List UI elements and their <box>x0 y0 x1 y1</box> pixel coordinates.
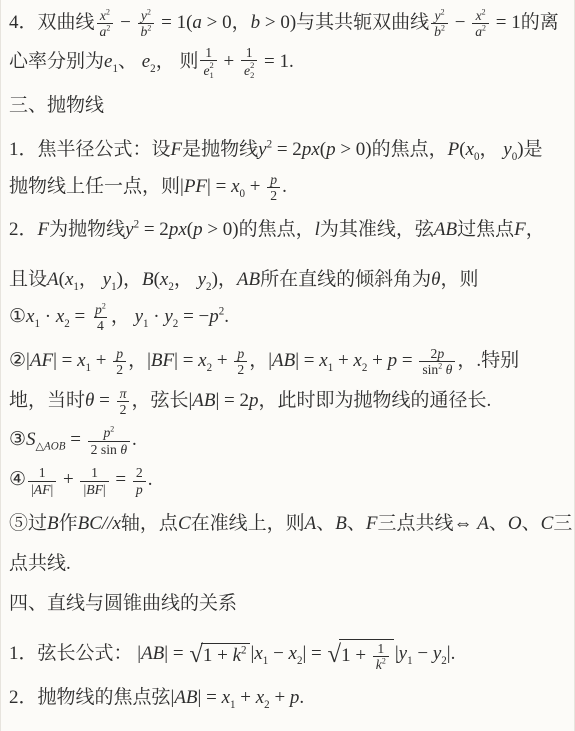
text-run: + <box>333 350 353 371</box>
text-run: ， <box>111 306 135 327</box>
math-variable: P <box>448 139 460 160</box>
superscript: 2 <box>382 656 386 665</box>
numerator: p <box>267 172 280 187</box>
superscript: 2 <box>441 23 445 32</box>
text-run: ②| <box>9 350 30 371</box>
line-content: 地，当时θ = π2，弦长|AB| = 2p，此时即为抛物线的通径长. <box>9 385 491 417</box>
text-run: − <box>115 12 135 33</box>
numerator: p <box>234 346 247 361</box>
text-run: 心率分别为 <box>9 51 104 72</box>
fraction: x2a2 <box>97 8 114 39</box>
math-variable: BF <box>151 350 174 371</box>
text-run: )是 <box>517 139 542 160</box>
text-run: ⑤过 <box>9 513 47 534</box>
line-content: 抛物线上任一点，则|PF| = x0 + p2. <box>9 171 287 203</box>
denominator: p <box>133 481 146 497</box>
text-run: 2 <box>270 188 277 203</box>
denominator: 2 <box>113 361 126 377</box>
sub-sup-stack: e21 <box>203 61 213 81</box>
text-run: )， <box>117 269 142 290</box>
text-run: 2 <box>102 301 106 310</box>
line-content: 4．双曲线x2a2 − y2b2 = 1(a > 0，b > 0)与其共轭双曲线… <box>9 7 559 39</box>
text-run: ， <box>480 139 504 160</box>
fraction: 1e21 <box>200 45 216 81</box>
text-run: ，则 <box>440 269 478 290</box>
text-run: 2 sin <box>91 442 121 457</box>
text-run: 1 + <box>203 645 233 666</box>
superscript: 2 <box>106 7 110 16</box>
numerator: p <box>113 346 126 361</box>
text-run: 且设 <box>9 269 47 290</box>
math-variable: p <box>290 687 300 708</box>
fraction: p2 <box>234 346 247 377</box>
document-body: 4．双曲线x2a2 − y2b2 = 1(a > 0，b > 0)与其共轭双曲线… <box>1 0 574 715</box>
denominator: e22 <box>241 60 257 81</box>
text-run: 2 <box>482 7 486 16</box>
text-run: 2 <box>241 645 247 657</box>
denominator: sin2 θ <box>419 361 455 377</box>
line-content: 且设A(x1， y1)，B(x2， y2)，AB所在直线的倾斜角为θ，则 <box>9 264 478 291</box>
math-variable: θ <box>120 442 127 457</box>
math-variable: p <box>136 482 143 497</box>
text-run: 、 <box>522 513 541 534</box>
text-run: ，| <box>128 350 151 371</box>
text-run: 2．抛物线的焦点弦| <box>9 687 174 708</box>
math-variable: px <box>302 139 320 160</box>
text-run: ，弦长| <box>131 390 192 411</box>
text-run: = 1. <box>259 51 293 72</box>
math-variable: x <box>231 176 239 197</box>
math-variable: p <box>209 306 219 327</box>
denominator: b2 <box>431 23 448 39</box>
text-run: · <box>149 306 165 327</box>
numerator: 1 <box>36 465 49 480</box>
math-variable: O <box>508 513 522 534</box>
text-run: > 0)的焦点， <box>203 219 315 240</box>
text-run: 为其准线，弦 <box>320 219 434 240</box>
math-variable: C <box>541 513 554 534</box>
text-run: 2 <box>210 60 214 70</box>
math-variable: PF <box>184 176 207 197</box>
text-line: 点共线. <box>9 541 572 581</box>
text-run: = <box>111 469 131 490</box>
fraction: y2b2 <box>431 8 448 39</box>
math-variable: A <box>477 513 489 534</box>
math-variable: // <box>102 513 113 534</box>
math-variable: x <box>289 643 297 664</box>
math-variable: b <box>251 12 261 33</box>
text-run: 点共线. <box>9 553 71 574</box>
text-run: 2 <box>382 656 386 665</box>
text-run: 2． <box>9 219 38 240</box>
math-variable: F <box>38 219 50 240</box>
sub-sup-stack: e22 <box>244 61 254 81</box>
numerator: x2 <box>473 8 489 23</box>
math-variable: p <box>95 302 102 317</box>
text-run: = <box>65 429 85 450</box>
fraction: p22 sin θ <box>88 425 130 456</box>
line-content: 三、抛物线 <box>9 90 104 117</box>
numerator: y2 <box>432 8 448 23</box>
text-run: 所在直线的倾斜角为 <box>260 269 431 290</box>
text-run: △ <box>36 441 44 453</box>
text-line: 2．抛物线的焦点弦|AB| = x1 + x2 + p. <box>9 675 572 715</box>
numerator: π <box>117 386 130 401</box>
denominator: 2 <box>267 187 280 203</box>
math-variable: AB <box>174 687 197 708</box>
math-variable: π <box>120 386 127 401</box>
text-run: · <box>40 306 56 327</box>
text-run: + <box>219 51 239 72</box>
stack-scripts: 21 <box>210 61 214 81</box>
text-line: 4．双曲线x2a2 − y2b2 = 1(a > 0，b > 0)与其共轭双曲线… <box>9 3 572 43</box>
subscript: △AOB <box>36 441 66 453</box>
math-variable: θ <box>85 390 94 411</box>
numerator: 1 <box>243 45 256 60</box>
text-run: | = 2 <box>215 390 249 411</box>
fraction: p2 <box>113 346 126 377</box>
text-run: + <box>58 469 78 490</box>
text-run: 2 <box>106 23 110 32</box>
text-run: 、 <box>347 513 366 534</box>
text-run: 1 + <box>341 644 371 665</box>
math-variable: y <box>164 306 172 327</box>
math-variable: x <box>466 139 474 160</box>
math-variable: AB <box>141 643 164 664</box>
text-run: 2 <box>250 70 254 80</box>
text-run: 2 <box>110 425 114 434</box>
math-variable: x <box>319 350 327 371</box>
numerator: 2 <box>133 465 146 480</box>
math-variable: F <box>171 139 183 160</box>
page-background: { "page": { "background_color": "#fcfbf8… <box>0 0 575 731</box>
math-variable: e <box>142 51 150 72</box>
text-run: 轴，点 <box>121 513 178 534</box>
stack-sub: 1 <box>210 71 214 81</box>
math-variable: p <box>249 390 259 411</box>
numerator: 1 <box>374 641 387 656</box>
numerator: y2 <box>138 8 154 23</box>
text-line: ①x1 · x2 = p24， y1 · y2 = −p2. <box>9 297 572 337</box>
superscript: 2 <box>106 23 110 32</box>
text-run: − <box>268 643 288 664</box>
numerator: 1 <box>202 45 215 60</box>
superscript: 2 <box>102 301 106 310</box>
text-run: 2 <box>482 23 486 32</box>
math-variable: S <box>26 429 36 450</box>
text-run: |. <box>447 643 456 664</box>
math-variable: px <box>169 219 187 240</box>
math-variable: AB <box>192 390 215 411</box>
text-run: > 0， <box>202 12 251 33</box>
square-root: √1 + k2 <box>189 643 249 668</box>
denominator: |AF| <box>28 481 56 497</box>
math-variable: x <box>353 350 361 371</box>
text-run: 、 <box>118 51 142 72</box>
text-run: = <box>397 350 417 371</box>
text-line: ④1|AF| + 1|BF| = 2p. <box>9 461 572 501</box>
text-run: . <box>148 469 153 490</box>
text-run: | = <box>207 176 231 197</box>
line-content: 2．抛物线的焦点弦|AB| = x1 + x2 + p. <box>9 682 304 709</box>
text-line: 心率分别为e1、 e2， 则1e21 + 1e22 = 1. <box>9 43 572 83</box>
text-line: 1．焦半径公式：设F是抛物线y2 = 2px(p > 0)的焦点，P(x0， y… <box>9 127 572 167</box>
fraction: 1|BF| <box>80 465 108 496</box>
text-run: 1 <box>205 45 212 60</box>
denominator: e21 <box>200 60 216 81</box>
radicand: 1 + 1k2 <box>339 639 394 672</box>
text-run: + <box>212 350 232 371</box>
line-content: ④1|AF| + 1|BF| = 2p. <box>9 465 152 496</box>
line-content: 四、直线与圆锥曲线的关系 <box>9 588 237 615</box>
text-run: + <box>270 687 290 708</box>
square-root: √1 + 1k2 <box>328 639 394 672</box>
stack-scripts: 22 <box>250 61 254 81</box>
math-variable: BF <box>86 482 103 497</box>
math-variable: F <box>366 513 378 534</box>
text-run: 4 <box>97 318 104 333</box>
text-run: ，.特别 <box>457 350 519 371</box>
fraction: 1k2 <box>373 641 389 672</box>
radicand: 1 + k2 <box>201 643 250 667</box>
math-variable: b <box>434 24 441 39</box>
superscript: 2 <box>110 425 114 434</box>
text-run: | <box>51 482 54 497</box>
math-variable: F <box>514 219 526 240</box>
math-variable: a <box>192 12 202 33</box>
math-variable: θ <box>446 362 453 377</box>
text-line: 抛物线上任一点，则|PF| = x0 + p2. <box>9 167 572 207</box>
text-run: + <box>367 350 387 371</box>
text-run: = <box>70 306 90 327</box>
math-variable: C <box>178 513 191 534</box>
text-run: = 1的离 <box>491 12 559 33</box>
text-run: 2 <box>441 7 445 16</box>
superscript: 2 <box>241 645 247 657</box>
denominator: |BF| <box>80 481 108 497</box>
math-variable: y <box>103 269 111 290</box>
math-variable: p <box>116 346 123 361</box>
text-run: 过焦点 <box>457 219 514 240</box>
text-line: ②|AF| = x1 + p2，|BF| = x2 + p2，|AB| = x1… <box>9 341 572 381</box>
text-run: 2 <box>441 23 445 32</box>
text-run: 是抛物线 <box>182 139 258 160</box>
math-variable: p <box>388 350 398 371</box>
text-run: 1 <box>39 465 46 480</box>
math-variable: p <box>270 172 277 187</box>
text-run: + <box>91 350 111 371</box>
line-content: 1．弦长公式： |AB| = √1 + k2|x1 − x2| = √1 + 1… <box>9 638 455 671</box>
superscript: 2 <box>441 7 445 16</box>
math-variable: B <box>142 269 154 290</box>
text-line: 地，当时θ = π2，弦长|AB| = 2p，此时即为抛物线的通径长. <box>9 381 572 421</box>
text-run: + <box>236 687 256 708</box>
text-run: 4．双曲线 <box>9 12 95 33</box>
text-run: − <box>450 12 470 33</box>
line-content: ③S△AOB = p22 sin θ. <box>9 425 137 456</box>
text-run: 地，当时 <box>9 390 85 411</box>
text-run: | = <box>198 687 222 708</box>
superscript: 2 <box>147 7 151 16</box>
text-run: 2 <box>250 60 254 70</box>
math-variable: x <box>198 350 206 371</box>
text-run: ， 则 <box>156 51 199 72</box>
text-run: ， <box>79 269 103 290</box>
numerator: x2 <box>97 8 113 23</box>
math-variable: p <box>326 139 336 160</box>
text-line: 四、直线与圆锥曲线的关系 <box>9 581 572 621</box>
text-run: 1 <box>377 641 384 656</box>
math-variable: AF <box>30 350 53 371</box>
line-content: ①x1 · x2 = p24， y1 · y2 = −p2. <box>9 301 229 333</box>
text-run: 2 <box>237 362 244 377</box>
text-run: 三 <box>553 513 572 534</box>
math-variable: AOB <box>44 441 65 453</box>
line-content: ②|AF| = x1 + p2，|BF| = x2 + p2，|AB| = x1… <box>9 345 519 377</box>
fraction: 2psin2 θ <box>419 346 455 377</box>
math-variable: A <box>305 513 317 534</box>
text-run: | = <box>302 643 326 664</box>
math-variable: x <box>222 687 230 708</box>
math-variable: x <box>254 643 262 664</box>
fraction: π2 <box>117 386 130 417</box>
text-run: = 2 <box>139 219 169 240</box>
numerator: p2 <box>92 302 109 317</box>
math-variable: AB <box>237 269 260 290</box>
text-run: 在准线上，则 <box>191 513 305 534</box>
fraction: 2p <box>133 465 146 496</box>
text-run: 2 <box>147 7 151 16</box>
fraction: x2a2 <box>472 8 489 39</box>
text-run: 2 <box>116 362 123 377</box>
numerator: p2 <box>100 425 117 440</box>
text-run: ， <box>526 219 545 240</box>
text-run: 2 <box>147 23 151 32</box>
denominator: 2 <box>117 401 130 417</box>
math-variable: y <box>198 269 206 290</box>
text-run: 、 <box>489 513 508 534</box>
denominator: 4 <box>94 317 107 333</box>
denominator: a2 <box>97 23 114 39</box>
text-run: 2 <box>120 402 127 417</box>
math-variable: y <box>433 643 441 664</box>
math-variable: p <box>437 346 444 361</box>
denominator: 2 <box>234 361 247 377</box>
math-variable: x <box>256 687 264 708</box>
math-variable: BC <box>78 513 102 534</box>
text-run: 、 <box>316 513 335 534</box>
text-run: = <box>94 390 114 411</box>
math-variable: x <box>112 513 120 534</box>
superscript: 2 <box>482 23 486 32</box>
math-variable: p <box>237 346 244 361</box>
fraction: p24 <box>92 302 109 333</box>
text-run: ， <box>174 269 198 290</box>
line-content: 心率分别为e1、 e2， 则1e21 + 1e22 = 1. <box>9 45 294 81</box>
text-run: 三点共线⇔ <box>378 513 478 534</box>
math-variable: k <box>233 645 241 666</box>
text-run: . <box>282 176 287 197</box>
denominator: 2 sin θ <box>88 441 130 457</box>
math-variable: AB <box>272 350 295 371</box>
text-run: 2 <box>136 465 143 480</box>
text-run: | <box>103 482 106 497</box>
denominator: k2 <box>373 656 389 672</box>
line-content: ⑤过B作BC//x轴，点C在准线上，则A、B、F三点共线⇔ A、O、C三 <box>9 508 572 535</box>
text-run: > 0)与其共轭双曲线 <box>260 12 429 33</box>
fraction: y2b2 <box>138 8 155 39</box>
math-variable: y <box>399 643 407 664</box>
math-variable: B <box>335 513 347 534</box>
math-variable: x <box>56 306 64 327</box>
text-run: = 1( <box>156 12 192 33</box>
text-run: 作 <box>59 513 78 534</box>
math-variable: A <box>47 269 59 290</box>
math-variable: p <box>193 219 203 240</box>
stack-sub: 2 <box>250 71 254 81</box>
text-run: sin <box>422 362 438 377</box>
text-run: 三、抛物线 <box>9 95 104 116</box>
math-variable: y <box>258 139 266 160</box>
text-run: ，| <box>249 350 272 371</box>
text-run: | = <box>164 643 188 664</box>
denominator: b2 <box>138 23 155 39</box>
math-variable: AF <box>34 482 51 497</box>
text-run: = 2 <box>272 139 302 160</box>
text-line: ⑤过B作BC//x轴，点C在准线上，则A、B、F三点共线⇔ A、O、C三 <box>9 501 572 541</box>
text-run: = − <box>178 306 209 327</box>
text-run: | = <box>174 350 198 371</box>
text-run: − <box>413 643 433 664</box>
math-variable: y <box>503 139 511 160</box>
line-content: 点共线. <box>9 548 71 575</box>
text-run: ③ <box>9 429 26 450</box>
text-run: 抛物线上任一点，则| <box>9 176 184 197</box>
text-run: 1 <box>91 465 98 480</box>
line-content: 1．焦半径公式：设F是抛物线y2 = 2px(p > 0)的焦点，P(x0， y… <box>9 134 543 161</box>
text-run: ，此时即为抛物线的通径长. <box>259 390 492 411</box>
math-variable: x <box>77 350 85 371</box>
line-content: 2．F为抛物线y2 = 2px(p > 0)的焦点，l为其准线，弦AB过焦点F， <box>9 214 545 241</box>
text-line: 三、抛物线 <box>9 83 572 123</box>
text-run: . <box>299 687 304 708</box>
math-variable: y <box>125 219 133 240</box>
superscript: 2 <box>482 7 486 16</box>
text-line: 且设A(x1， y1)，B(x2， y2)，AB所在直线的倾斜角为θ，则 <box>9 257 572 297</box>
text-run: + <box>245 176 265 197</box>
fraction: 1|AF| <box>28 465 56 496</box>
math-variable: AB <box>434 219 457 240</box>
text-run: ① <box>9 306 26 327</box>
superscript: 2 <box>147 23 151 32</box>
denominator: a2 <box>472 23 489 39</box>
text-run: 1 <box>210 70 214 80</box>
math-variable: y <box>135 306 143 327</box>
fraction: 1e22 <box>241 45 257 81</box>
fraction: p2 <box>267 172 280 203</box>
numerator: 2p <box>428 346 448 361</box>
math-variable: B <box>47 513 59 534</box>
text-run: 1．弦长公式： | <box>9 643 141 664</box>
text-line: 2．F为抛物线y2 = 2px(p > 0)的焦点，l为其准线，弦AB过焦点F， <box>9 207 572 247</box>
text-run: ④ <box>9 469 26 490</box>
text-run: | = <box>295 350 319 371</box>
text-run: | = <box>53 350 77 371</box>
text-run: 四、直线与圆锥曲线的关系 <box>9 593 237 614</box>
numerator: 1 <box>88 465 101 480</box>
text-line: 1．弦长公式： |AB| = √1 + k2|x1 − x2| = √1 + 1… <box>9 635 572 675</box>
text-run: > 0)的焦点， <box>336 139 448 160</box>
